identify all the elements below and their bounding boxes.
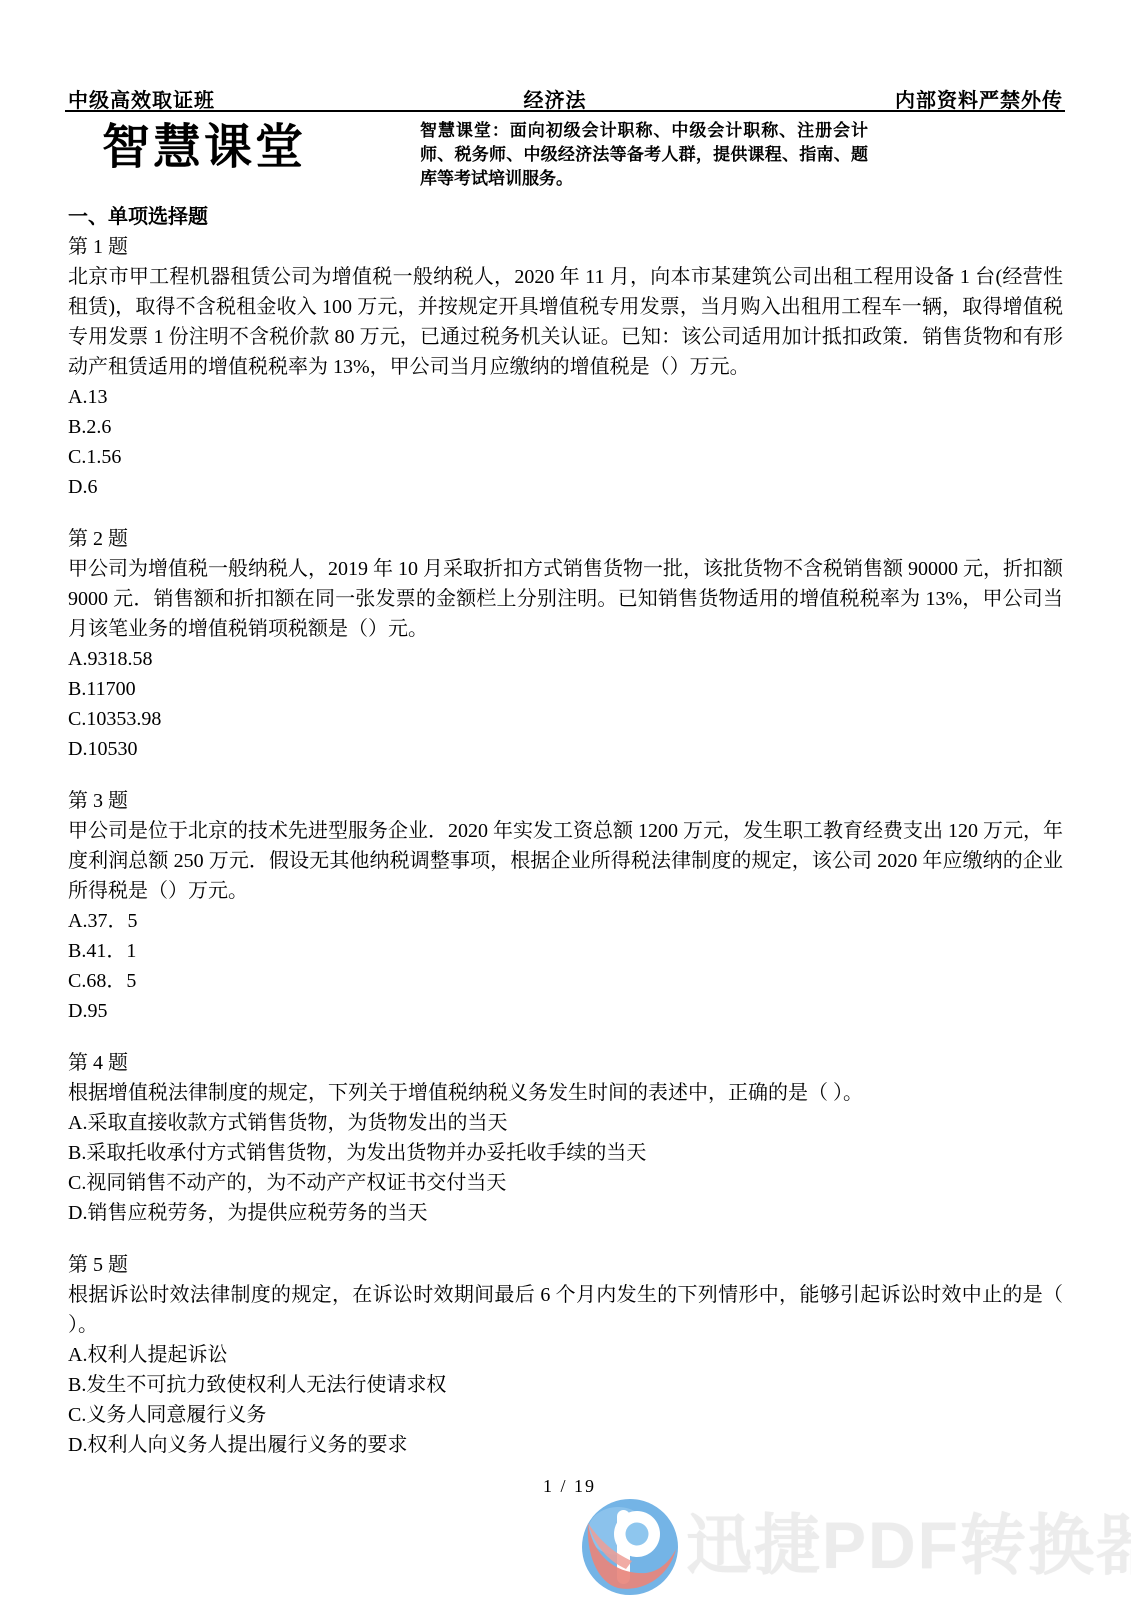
question-content: 一、单项选择题 第 1 题 北京市甲工程机器租赁公司为增值税一般纳税人，2020… (68, 202, 1063, 1460)
option-b: B.发生不可抗力致使权利人无法行使请求权 (68, 1370, 1063, 1400)
section-title: 一、单项选择题 (68, 202, 1063, 232)
question-label: 第 3 题 (68, 786, 1063, 816)
question-stem: 根据增值税法律制度的规定，下列关于增值税纳税义务发生时间的表述中，正确的是（ ）… (68, 1078, 1063, 1108)
question-2: 第 2 题 甲公司为增值税一般纳税人，2019 年 10 月采取折扣方式销售货物… (68, 524, 1063, 764)
option-b: B.41．1 (68, 936, 1063, 966)
question-label: 第 2 题 (68, 524, 1063, 554)
question-stem: 北京市甲工程机器租赁公司为增值税一般纳税人，2020 年 11 月，向本市某建筑… (68, 262, 1063, 382)
header-divider (65, 110, 1065, 112)
option-c: C.68．5 (68, 966, 1063, 996)
brand-logo-text: 智慧课堂 (102, 122, 306, 175)
option-a: A.采取直接收款方式销售货物，为货物发出的当天 (68, 1108, 1063, 1138)
question-stem: 甲公司为增值税一般纳税人，2019 年 10 月采取折扣方式销售货物一批，该批货… (68, 554, 1063, 644)
option-b: B.采取托收承付方式销售货物，为发出货物并办妥托收手续的当天 (68, 1138, 1063, 1168)
question-stem: 根据诉讼时效法律制度的规定，在诉讼时效期间最后 6 个月内发生的下列情形中，能够… (68, 1280, 1063, 1340)
document-page: 中级高效取证班 经济法 内部资料严禁外传 智慧课堂 智慧课堂：面向初级会计职称、… (0, 0, 1131, 1600)
option-d: D.10530 (68, 734, 1063, 764)
question-label: 第 1 题 (68, 232, 1063, 262)
page-number: 1 / 19 (543, 1476, 596, 1497)
question-3: 第 3 题 甲公司是位于北京的技术先进型服务企业．2020 年实发工资总额 12… (68, 786, 1063, 1026)
option-c: C.视同销售不动产的，为不动产产权证书交付当天 (68, 1168, 1063, 1198)
header-course-name: 中级高效取证班 (68, 84, 215, 113)
option-b: B.2.6 (68, 412, 1063, 442)
question-label: 第 4 题 (68, 1048, 1063, 1078)
option-d: D.权利人向义务人提出履行义务的要求 (68, 1430, 1063, 1460)
option-c: C.义务人同意履行义务 (68, 1400, 1063, 1430)
question-5: 第 5 题 根据诉讼时效法律制度的规定，在诉讼时效期间最后 6 个月内发生的下列… (68, 1250, 1063, 1460)
option-a: A.13 (68, 382, 1063, 412)
option-b: B.11700 (68, 674, 1063, 704)
question-1: 第 1 题 北京市甲工程机器租赁公司为增值税一般纳税人，2020 年 11 月，… (68, 232, 1063, 502)
option-a: A.37．5 (68, 906, 1063, 936)
option-c: C.10353.98 (68, 704, 1063, 734)
option-a: A.9318.58 (68, 644, 1063, 674)
option-d: D.95 (68, 996, 1063, 1026)
question-4: 第 4 题 根据增值税法律制度的规定，下列关于增值税纳税义务发生时间的表述中，正… (68, 1048, 1063, 1228)
option-c: C.1.56 (68, 442, 1063, 472)
page-header: 中级高效取证班 经济法 内部资料严禁外传 (68, 84, 1063, 113)
question-stem: 甲公司是位于北京的技术先进型服务企业．2020 年实发工资总额 1200 万元，… (68, 816, 1063, 906)
watermark-text: 迅捷PDF转换器 (686, 1492, 1131, 1587)
brand-description: 智慧课堂：面向初级会计职称、中级会计职称、注册会计师、税务师、中级经济法等备考人… (420, 119, 868, 191)
pdf-converter-logo-icon (580, 1497, 680, 1597)
header-subject-title: 经济法 (524, 84, 587, 113)
option-d: D.销售应税劳务，为提供应税劳务的当天 (68, 1198, 1063, 1228)
option-d: D.6 (68, 472, 1063, 502)
question-label: 第 5 题 (68, 1250, 1063, 1280)
header-confidential-note: 内部资料严禁外传 (895, 84, 1063, 113)
option-a: A.权利人提起诉讼 (68, 1340, 1063, 1370)
